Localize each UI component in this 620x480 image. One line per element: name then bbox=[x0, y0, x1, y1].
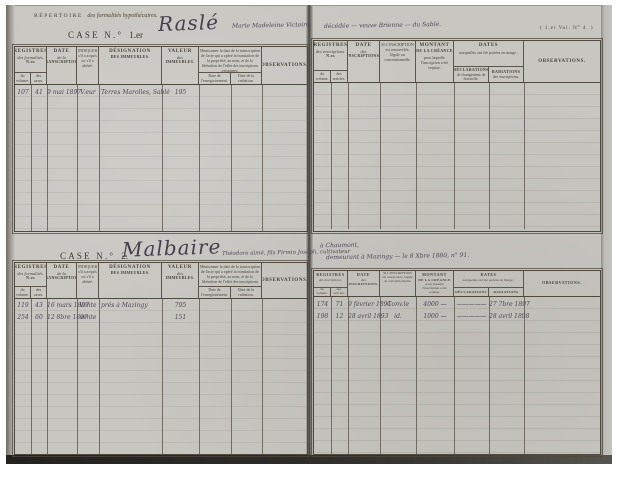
cell-case: 60 bbox=[31, 314, 47, 321]
header-registres-title: REGISTRES des inscriptions. N.os bbox=[314, 41, 347, 70]
header-mention-subrow: Date de l'enregistrement. Date de la rad… bbox=[199, 286, 261, 298]
header-cell-radiation: Date de la radiation. bbox=[231, 287, 261, 298]
header-cell-nature: SI L'INSCRIPTION est renouvelée, légale … bbox=[380, 271, 416, 296]
cell-volume: 198 bbox=[314, 313, 331, 320]
radiations-title: RADIATIONS bbox=[493, 290, 518, 294]
table-body bbox=[314, 83, 600, 229]
header-cell-designation: DÉSIGNATION DES IMMEUBLES. bbox=[99, 263, 162, 298]
registres-no: N.os bbox=[26, 60, 35, 65]
valeur-title2: IMMEUBLES. bbox=[166, 276, 195, 281]
cell-indication: Vente bbox=[77, 302, 99, 309]
header-cell-enregistrement: Date de l'enregistrement. bbox=[199, 73, 231, 84]
cell-radiation: 27 7bre 1897 bbox=[489, 301, 524, 308]
date-title2: TRANSCRIPTION. bbox=[47, 276, 77, 281]
cell-nature: Conv.le bbox=[380, 301, 416, 308]
cell-designation: Terres Marolles, Sablé bbox=[99, 89, 162, 96]
cell-indication: vente bbox=[77, 314, 99, 321]
table-header: REGISTRES des inscriptions. N.os du volu… bbox=[314, 41, 600, 83]
header-cell-volume: du volume. bbox=[15, 287, 31, 298]
header-registres-group: REGISTRES des formalités. N.os du volume… bbox=[15, 47, 47, 84]
table-body: 174 71 9 février 1891 Conv.le 4000 — ———… bbox=[314, 297, 600, 454]
cell-case: 41 bbox=[31, 89, 47, 96]
case1-inscriptions-table: REGISTRES des inscriptions. N.os du volu… bbox=[313, 40, 601, 232]
header-cell-article: des articles. bbox=[331, 288, 347, 296]
cell-designation: prés à Mazingy bbox=[99, 302, 162, 309]
observations-title: OBSERVATIONS. bbox=[262, 278, 307, 284]
mention-note: Mentionner la date de la transcription d… bbox=[199, 263, 262, 286]
header-registres-group: REGISTRES des inscriptions. du volume. d… bbox=[314, 271, 348, 296]
header-registres-title: REGISTRES des inscriptions. bbox=[314, 271, 347, 287]
header-registres-subrow: du volume. des articles. bbox=[314, 70, 347, 82]
header-mention-group: Mentionner la date de la transcription d… bbox=[199, 263, 262, 298]
scanned-register-spread: RÉPERTOIRE des formalités hypothécaires.… bbox=[0, 0, 620, 480]
case1-number: 1.er bbox=[129, 30, 143, 40]
header-cell-observations: OBSERVATIONS. bbox=[524, 41, 600, 82]
table-row: 198 12 28 avril 1893 id. 1000 — ————— 28… bbox=[314, 310, 600, 323]
header-cell-radiations: RADIATIONS des inscriptions. bbox=[489, 67, 523, 82]
observations-title: OBSERVATIONS. bbox=[542, 281, 582, 286]
designation-sub: DES IMMEUBLES. bbox=[111, 271, 150, 276]
cell-declaration: ————— bbox=[454, 313, 489, 320]
header-dates-title: DATES auxquelles ont été portées en marg… bbox=[454, 271, 523, 287]
case2-name: Malbaire bbox=[122, 234, 222, 261]
header-dates-subrow: DÉCLARATIONS de changement de domicile. … bbox=[454, 66, 523, 82]
header-mention-group: Mentionner la date de la transcription d… bbox=[199, 47, 262, 84]
registres-no: N.os bbox=[26, 276, 35, 281]
cell-case: 43 bbox=[31, 302, 47, 309]
header-cell-observations: OBSERVATIONS. bbox=[524, 271, 600, 296]
folio-reference: ( 1.er Vol. N° 4. ) bbox=[540, 26, 594, 31]
radiations-sub: des inscriptions. bbox=[493, 75, 519, 79]
cell-montant: 4000 — bbox=[416, 301, 454, 308]
series-title-rest: des formalités hypothécaires. bbox=[87, 13, 157, 19]
declarations-title: DÉCLARATIONS bbox=[455, 290, 487, 294]
cell-nature: id. bbox=[380, 313, 416, 320]
header-cell-volume: du volume. bbox=[15, 73, 31, 84]
cell-volume: 174 bbox=[314, 301, 331, 308]
table-header: REGISTRES des formalités. N.os du volume… bbox=[15, 47, 307, 85]
header-cell-nature: SI L'INSCRIPTION est renouvelée, légale … bbox=[380, 41, 416, 82]
case2-label: CASE N.° bbox=[60, 251, 115, 261]
dates-sub: auxquelles ont été portées en marge : bbox=[458, 49, 519, 56]
header-cell-article: des articles. bbox=[331, 71, 347, 82]
header-registres-subrow: du volume. des cases. bbox=[15, 72, 46, 84]
header-cell-valeur: VALEUR des IMMEUBLES. bbox=[162, 47, 199, 84]
cell-volume: 107 bbox=[15, 89, 31, 96]
montant-sub: pour laquelle l'inscription a été requis… bbox=[416, 282, 453, 296]
header-registres-title: REGISTRES des formalités. N.os bbox=[15, 263, 46, 286]
page-edge-shadow-bottom bbox=[6, 455, 612, 464]
header-registres-group: REGISTRES des inscriptions. N.os du volu… bbox=[314, 41, 348, 82]
case1-transcriptions-table: REGISTRES des formalités. N.os du volume… bbox=[14, 46, 308, 232]
registres-sub: des inscriptions. bbox=[319, 278, 342, 282]
cell-date: 9 février 1891 bbox=[348, 301, 380, 308]
header-dates-title: DATES auxquelles ont été portées en marg… bbox=[454, 41, 523, 66]
header-cell-date: DATE de la TRANSCRIPTION. bbox=[47, 263, 77, 298]
case2-transcriptions-table: REGISTRES des formalités. N.os du volume… bbox=[14, 262, 308, 455]
table-body: 119 43 16 mars 1897 Vente prés à Mazingy… bbox=[15, 299, 307, 454]
date-title2: INSCRIPTIONS. bbox=[348, 282, 378, 286]
header-cell-volume: du volume. bbox=[314, 71, 331, 82]
case2-inscriptions-table: REGISTRES des inscriptions. du volume. d… bbox=[313, 270, 601, 455]
cell-valeur: 795 bbox=[162, 302, 199, 309]
header-cell-designation: DÉSIGNATION DES IMMEUBLES. bbox=[99, 47, 162, 84]
header-cell-radiations: RADIATIONS bbox=[489, 288, 523, 296]
cell-volume: 119 bbox=[15, 302, 31, 309]
header-cell-case: des cases. bbox=[31, 73, 46, 84]
observations-title: OBSERVATIONS. bbox=[538, 59, 586, 65]
table-ruling bbox=[314, 83, 600, 229]
table-row: 254 60 12 8bre 1897 vente 151 bbox=[15, 311, 307, 324]
header-cell-declarations: DÉCLARATIONS de changement de domicile. bbox=[454, 67, 489, 82]
cell-date: 12 8bre 1897 bbox=[47, 314, 77, 321]
header-cell-radiation: Date de la radiation. bbox=[231, 73, 261, 84]
cell-indication: V.eur bbox=[77, 89, 99, 96]
montant-sub: pour laquelle l'inscription a été requis… bbox=[416, 54, 453, 71]
date-title2: TRANSCRIPTION. bbox=[47, 60, 77, 65]
header-cell-montant: MONTANT DE LA CRÉANCE pour laquelle l'in… bbox=[416, 271, 454, 296]
register-series-title: RÉPERTOIRE des formalités hypothécaires. bbox=[34, 13, 158, 19]
header-registres-title: REGISTRES des formalités. N.os bbox=[15, 47, 46, 72]
cell-article: 12 bbox=[331, 313, 348, 320]
cell-date: 16 mars 1897 bbox=[47, 302, 77, 309]
header-cell-case: des cases. bbox=[31, 287, 46, 298]
header-cell-montant: MONTANT DE LA CRÉANCE pour laquelle l'in… bbox=[416, 41, 454, 82]
header-cell-observations: OBSERVATIONS. bbox=[262, 47, 307, 84]
mention-note: Mentionner la date de la transcription d… bbox=[199, 47, 262, 72]
table-body: 107 41 9 mai 1897 V.eur Terres Marolles,… bbox=[15, 85, 307, 231]
table-header: REGISTRES des formalités. N.os du volume… bbox=[15, 263, 307, 299]
case1-heading: CASE N.° 1.er bbox=[68, 25, 143, 43]
series-title-caps: RÉPERTOIRE bbox=[34, 13, 83, 19]
dates-sub: auxquelles ont été portées en marge : bbox=[462, 278, 516, 284]
designation-sub: DES IMMEUBLES. bbox=[111, 55, 150, 60]
valeur-title2: IMMEUBLES. bbox=[166, 60, 195, 65]
header-cell-indication: INDIQUER s'il a acquis ou s'il a aliéné. bbox=[77, 47, 99, 84]
cell-volume: 254 bbox=[15, 314, 31, 321]
table-header: REGISTRES des inscriptions. du volume. d… bbox=[314, 271, 600, 297]
header-cell-date: DATE des INSCRIPTIONS. bbox=[348, 41, 380, 82]
declarations-sub: de changement de domicile. bbox=[455, 73, 487, 82]
case1-name: Raslé bbox=[158, 10, 220, 36]
header-cell-enregistrement: Date de l'enregistrement. bbox=[199, 287, 231, 298]
case2-continuation-note-1: à Chaumont, bbox=[320, 242, 359, 250]
case1-name-note: Marie Madeleine Victoire, bbox=[232, 21, 312, 29]
header-cell-date: DATE de la TRANSCRIPTION. bbox=[47, 47, 77, 84]
case1-label: CASE N.° bbox=[68, 30, 123, 40]
page-edge-shadow-right bbox=[601, 5, 612, 456]
header-dates-subrow: DÉCLARATIONS RADIATIONS bbox=[454, 287, 523, 296]
cell-date: 28 avril 1893 bbox=[348, 313, 380, 320]
cell-radiation: 28 avril 1898 bbox=[489, 313, 524, 320]
date-title2: INSCRIPTIONS. bbox=[348, 54, 380, 59]
header-cell-date: DATE des INSCRIPTIONS. bbox=[348, 271, 380, 296]
table-ruling bbox=[15, 85, 307, 231]
header-registres-subrow: du volume. des articles. bbox=[314, 287, 347, 296]
observations-title: OBSERVATIONS. bbox=[262, 63, 307, 69]
header-cell-valeur: VALEUR des IMMEUBLES. bbox=[162, 263, 199, 298]
cell-valeur: 195 bbox=[162, 89, 199, 96]
header-mention-subrow: Date de l'enregistrement. Date de la rad… bbox=[199, 72, 261, 84]
cell-article: 71 bbox=[331, 301, 348, 308]
header-dates-group: DATES auxquelles ont été portées en marg… bbox=[454, 271, 524, 296]
header-cell-indication: INDIQUER s'il a acquis ou s'il a aliéné. bbox=[77, 263, 99, 298]
header-dates-group: DATES auxquelles ont été portées en marg… bbox=[454, 41, 524, 82]
cell-date: 9 mai 1897 bbox=[47, 89, 77, 96]
header-cell-observations: OBSERVATIONS. bbox=[262, 263, 307, 298]
cell-montant: 1000 — bbox=[416, 313, 454, 320]
cell-valeur: 151 bbox=[162, 314, 199, 321]
cell-declaration: ————— bbox=[454, 301, 489, 308]
header-registres-group: REGISTRES des formalités. N.os du volume… bbox=[15, 263, 47, 298]
header-cell-volume: du volume. bbox=[314, 288, 331, 296]
header-registres-subrow: du volume. des cases. bbox=[15, 286, 46, 298]
table-row: 107 41 9 mai 1897 V.eur Terres Marolles,… bbox=[15, 86, 307, 99]
header-cell-declarations: DÉCLARATIONS bbox=[454, 288, 489, 296]
registres-no: N.os bbox=[326, 54, 335, 59]
